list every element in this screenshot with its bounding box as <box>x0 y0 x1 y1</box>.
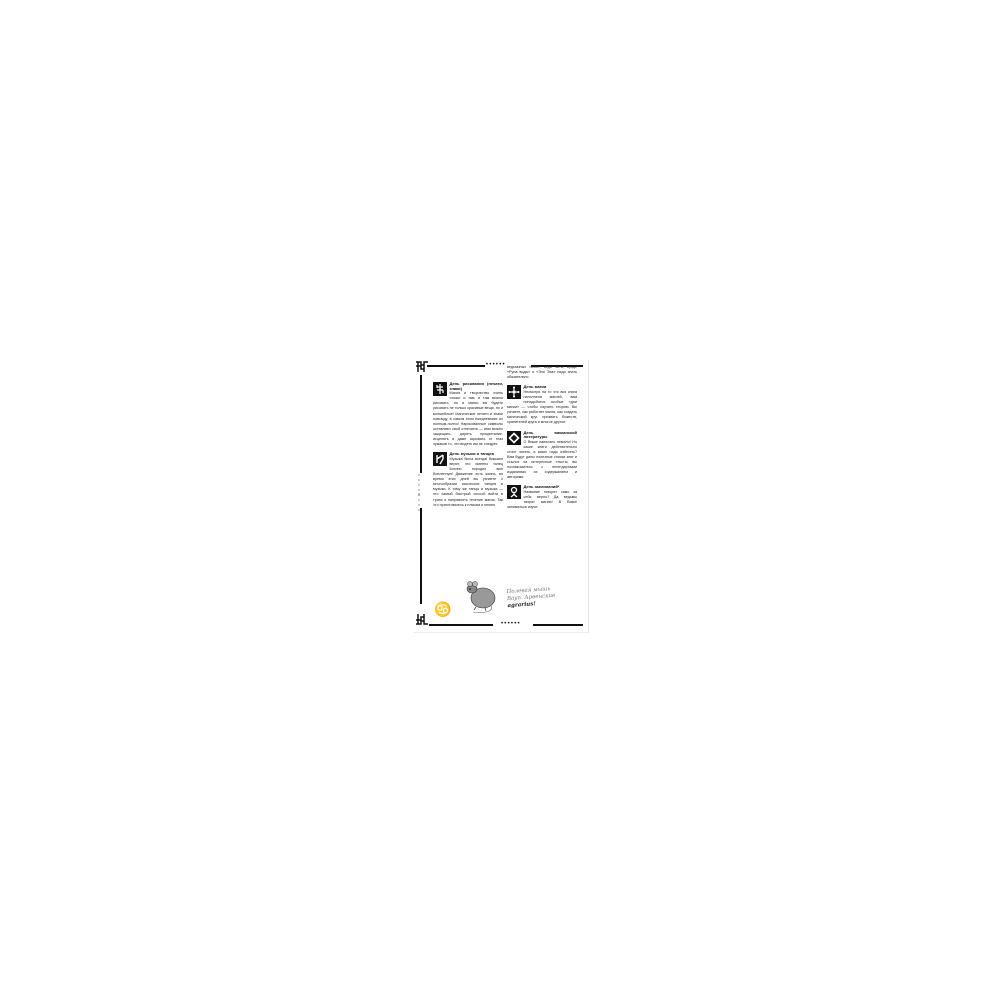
compass-rune-icon <box>507 385 521 399</box>
diamond-icon <box>507 431 521 445</box>
side-dots: ••••Л••• <box>416 472 422 512</box>
left-column: День рисования (печати, знаки) Магия и т… <box>433 382 503 508</box>
left-border-upper <box>420 375 422 473</box>
celtic-knot-top-left <box>415 360 429 374</box>
top-border-dots: •••••• <box>486 362 506 368</box>
rune-person-icon <box>507 485 521 499</box>
rune-music-icon <box>433 452 447 466</box>
continuation-text: ведьминых песен, ведь хиты вроде «Руна в… <box>507 365 577 380</box>
cancer-zodiac-icon: ♋ <box>434 603 451 617</box>
rune-cross-icon <box>433 382 447 396</box>
diary-page: •••••• ••••Л••• •••••• День рисования (п… <box>413 360 589 633</box>
right-column: ведьминых песен, ведь хиты вроде «Руна в… <box>507 365 577 510</box>
section-body: Магия и творчество очень схожи: и там, и… <box>433 391 503 447</box>
celtic-knot-bottom-left <box>415 612 429 626</box>
section-body: О Викке написано немало! Но какие книги … <box>507 440 577 481</box>
handwritten-note: Полевая мышь Bayn. Арвенские agrarius! <box>506 585 569 610</box>
left-border-lower <box>420 508 422 604</box>
mouse-illustration <box>461 578 501 616</box>
bottom-border-dots: •••••• <box>501 621 521 627</box>
